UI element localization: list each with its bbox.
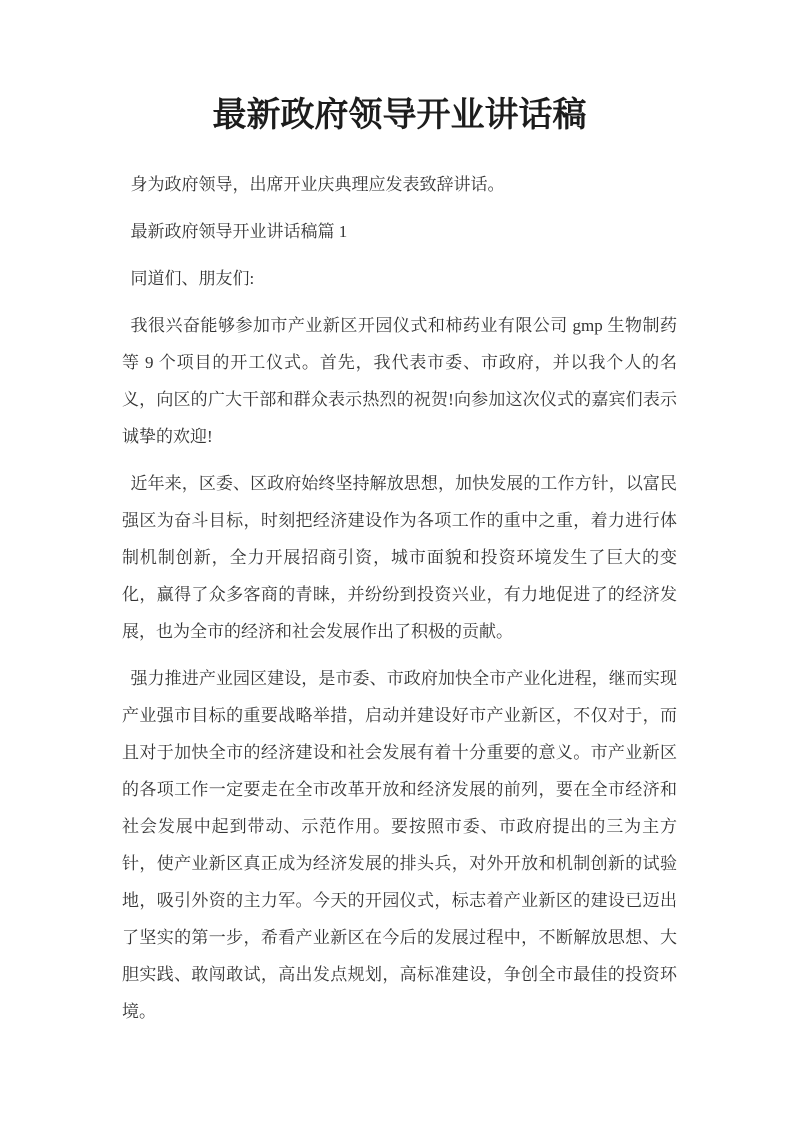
document-title: 最新政府领导开业讲话稿 [122, 96, 677, 137]
body-paragraph-1: 我很兴奋能够参加市产业新区开园仪式和柿药业有限公司 gmp 生物制药等 9 个项… [122, 307, 677, 455]
document-page: 最新政府领导开业讲话稿 身为政府领导，出席开业庆典理应发表致辞讲话。 最新政府领… [0, 0, 793, 1122]
body-paragraph-2: 近年来，区委、区政府始终坚持解放思想，加快发展的工作方针，以富民强区为奋斗目标，… [122, 465, 677, 650]
body-paragraph-3: 强力推进产业园区建设，是市委、市政府加快全市产业化进程，继而实现产业强市目标的重… [122, 660, 677, 1030]
section-title: 最新政府领导开业讲话稿篇 1 [122, 213, 677, 250]
salutation-line: 同道们、朋友们: [122, 260, 677, 297]
intro-line: 身为政府领导，出席开业庆典理应发表致辞讲话。 [122, 166, 677, 203]
document-body: 身为政府领导，出席开业庆典理应发表致辞讲话。 最新政府领导开业讲话稿篇 1 同道… [122, 166, 677, 1030]
